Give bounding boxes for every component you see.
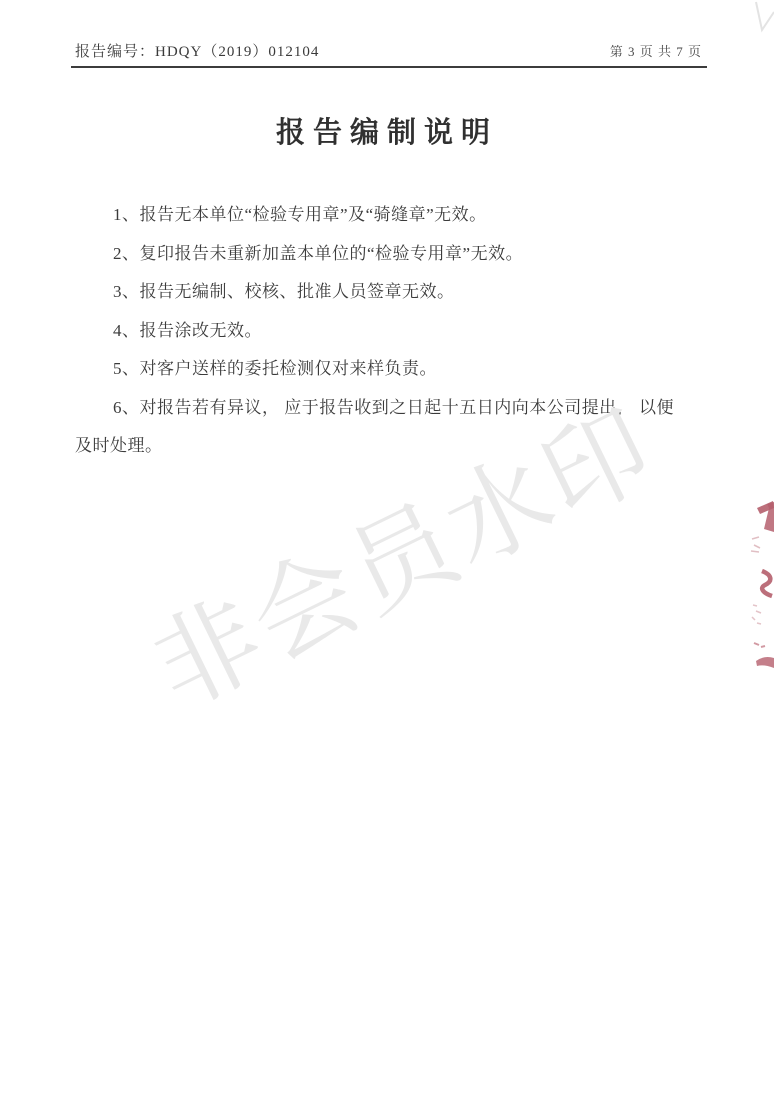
page-title: 报告编制说明 [0,110,774,151]
page-number: 第 3 页 共 7 页 [610,41,702,60]
note-item-3: 3、报告无编制、校核、批准人员签章无效。 [75,273,679,312]
header-divider [71,66,707,68]
document-page: 报告编号：HDQY（2019）012104 第 3 页 共 7 页 报告编制说明… [0,0,774,1102]
red-stamp-fragment-icon [744,495,774,680]
note-item-2: 2、复印报告未重新加盖本单位的“检验专用章”无效。 [75,235,679,274]
note-item-1: 1、报告无本单位“检验专用章”及“骑缝章”无效。 [75,196,679,235]
page-fold-mark-icon [748,0,774,36]
note-item-4: 4、报告涂改无效。 [75,312,679,351]
notes-list: 1、报告无本单位“检验专用章”及“骑缝章”无效。 2、复印报告未重新加盖本单位的… [75,196,679,466]
report-number: 报告编号：HDQY（2019）012104 [75,40,319,61]
note-item-6: 6、对报告若有异议， 应于报告收到之日起十五日内向本公司提出， 以便及时处理。 [75,389,679,466]
page-header: 报告编号：HDQY（2019）012104 第 3 页 共 7 页 [75,40,702,61]
note-item-5: 5、对客户送样的委托检测仅对来样负责。 [75,350,679,389]
